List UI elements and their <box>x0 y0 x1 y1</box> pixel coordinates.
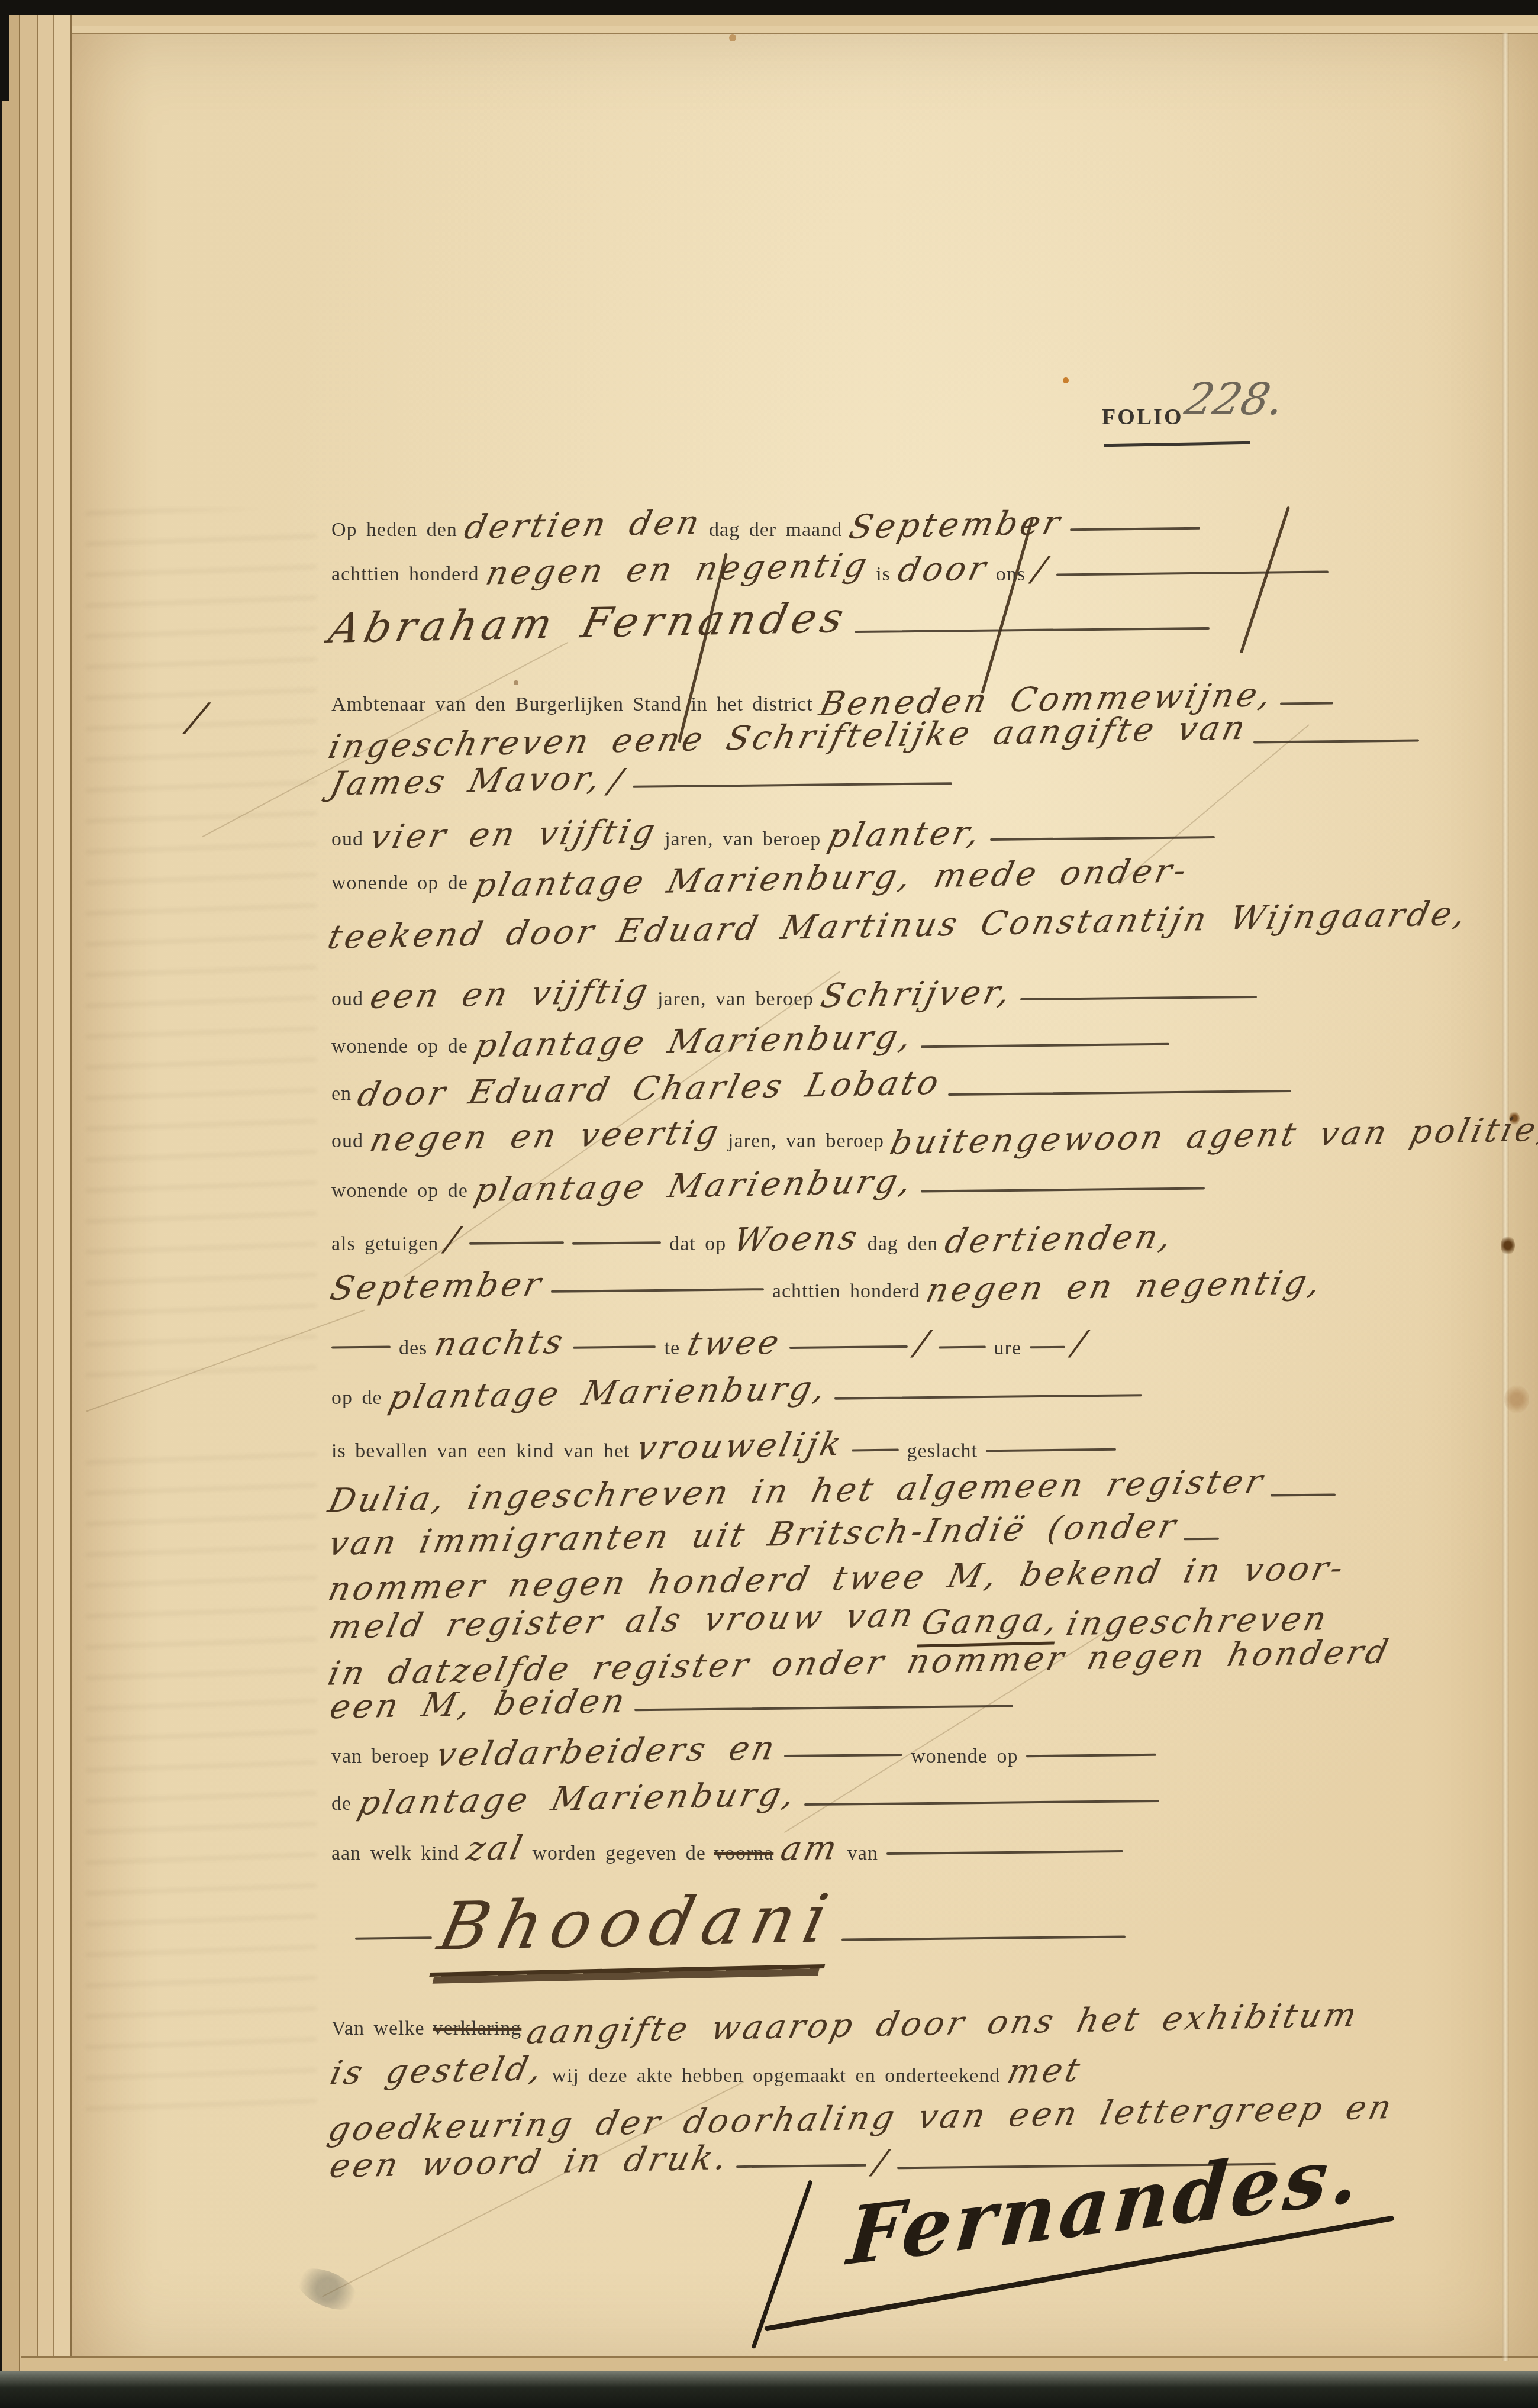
handwritten-entry: vrouwelijk <box>633 1425 848 1467</box>
form-line: Bhoodani <box>355 1884 1134 1973</box>
stain <box>1504 1384 1529 1414</box>
blank-rule <box>572 1241 661 1245</box>
blank-rule <box>1020 996 1257 1000</box>
handwritten-entry: plantage Marienburg, mede onder- <box>470 851 1192 905</box>
form-line: van beroepveldarbeiders enwonende op <box>331 1732 1165 1771</box>
blank-rule <box>841 1935 1126 1941</box>
struck-printed-text: verklaring <box>433 2018 522 2039</box>
handwritten-entry: vier en vijftig <box>366 812 661 857</box>
blank-rule <box>1030 1346 1065 1349</box>
handwritten-entry: / <box>870 2143 894 2181</box>
handwritten-entry: nachts <box>431 1323 569 1364</box>
printed-form-text: oud <box>331 828 363 850</box>
handwritten-entry: / <box>606 762 629 800</box>
form-line: oudvier en vijftigjaren, van beroepplant… <box>331 815 1223 854</box>
blank-rule <box>469 1241 564 1245</box>
printed-form-text: dag der maand <box>709 519 842 541</box>
printed-form-text: als getuigen <box>331 1233 438 1255</box>
form-line: deplantage Marienburg, <box>331 1780 1168 1818</box>
page-stack-edge <box>54 15 72 2376</box>
printed-form-text: jaren, van beroep <box>665 828 821 850</box>
form-line: als getuigen/dat opWoensdag dendertiende… <box>331 1220 1182 1258</box>
fold-crease <box>1502 33 1509 2361</box>
handwritten-entry: / <box>1069 1324 1092 1363</box>
printed-form-text: wonende op de <box>331 1180 468 1202</box>
form-line: van immigranten uit Britsch-Indië (onder <box>331 1516 1227 1554</box>
ink-bleedthrough <box>86 509 317 1396</box>
blank-rule <box>834 1394 1142 1399</box>
blank-rule <box>986 1448 1116 1452</box>
blank-rule <box>633 782 952 788</box>
handwritten-entry: door Eduard Charles Lobato <box>354 1064 945 1114</box>
printed-form-text: oud <box>331 1130 363 1152</box>
registrar-name-entry: Abraham Fernandes <box>324 593 853 653</box>
printed-form-text: worden gegeven de <box>533 1842 706 1864</box>
page-stack-edge <box>20 15 38 2376</box>
handwritten-entry: / <box>1030 550 1053 589</box>
form-line: goedkeuring der doorhaling van een lette… <box>331 2099 1399 2138</box>
form-line: Op heden dendertien dendag der maandSept… <box>331 506 1208 544</box>
printed-form-text: oud <box>331 988 363 1010</box>
printed-form-text: is bevallen van een kind van het <box>331 1440 630 1462</box>
handwritten-entry: negen en negentig <box>482 546 873 592</box>
blank-rule <box>1026 1754 1156 1757</box>
handwritten-entry: negen en negentig, <box>923 1263 1327 1310</box>
folio-label: FOLIO <box>1102 404 1183 430</box>
page-stack-edge <box>21 2356 1538 2373</box>
handwritten-entry: veldarbeiders en <box>433 1729 781 1774</box>
page-stack-edge <box>59 26 1538 34</box>
form-line: aan welk kindzalworden gegeven devoornaa… <box>331 1829 1131 1868</box>
printed-form-text: aan welk kind <box>331 1842 459 1864</box>
printed-form-text: achttien honderd <box>331 563 479 585</box>
blank-rule <box>1070 527 1200 531</box>
form-line: teekend door Eduard Martinus Constantijn… <box>331 906 1473 945</box>
handwritten-entry: am <box>778 1829 844 1868</box>
blank-rule <box>1280 702 1333 705</box>
handwritten-entry: / <box>911 1324 934 1363</box>
blank-rule <box>573 1345 656 1348</box>
ink-bleedthrough <box>86 1450 317 2130</box>
printed-form-text: en <box>331 1083 352 1105</box>
blank-rule <box>1253 740 1419 744</box>
handwritten-entry: een woord in druk. <box>326 2139 733 2186</box>
form-line: Abraham Fernandes <box>331 599 1218 647</box>
form-line: Septemberachttien honderdnegen en negent… <box>331 1267 1330 1306</box>
handwritten-entry: plantage Marienburg, <box>471 1018 918 1065</box>
handwritten-entry: September <box>327 1265 547 1308</box>
handwritten-entry: met <box>1004 2051 1086 2091</box>
form-line: een M, beiden <box>331 1685 1021 1723</box>
printed-form-text: wonende op <box>911 1745 1018 1767</box>
printed-form-text: Op heden den <box>331 519 457 541</box>
printed-form-text: te <box>664 1337 680 1359</box>
page-stack-edge <box>38 15 54 2376</box>
printed-form-text: ons <box>996 563 1026 585</box>
form-line: is gesteld,wij deze akte hebben opgemaak… <box>331 2052 1090 2090</box>
form-line: James Mavor,/ <box>331 762 960 800</box>
handwritten-entry: plantage Marienburg, <box>385 1369 831 1416</box>
blank-rule <box>804 1800 1159 1806</box>
document-page: FOLIO 228. / Op heden dendertien dendag … <box>0 0 1538 2408</box>
stain <box>1501 1235 1515 1255</box>
handwritten-entry: plantage Marienburg, <box>354 1775 801 1822</box>
handwritten-entry: een en vijftig <box>366 972 654 1016</box>
blank-rule <box>939 1346 986 1349</box>
printed-form-text: is <box>876 563 891 585</box>
handwritten-entry: door <box>894 549 992 589</box>
blank-rule <box>1184 1538 1219 1541</box>
form-line: oudnegen en veertigjaren, van beroepbuit… <box>331 1117 1538 1155</box>
printed-form-text: wonende op de <box>331 1035 468 1057</box>
handwritten-entry: James Mavor, <box>326 759 607 803</box>
handwritten-entry: September <box>846 503 1066 546</box>
stain <box>729 34 736 41</box>
blank-rule <box>789 1345 908 1349</box>
handwritten-entry: dertienden, <box>941 1218 1178 1261</box>
form-line: wonende op deplantage Marienburg, mede o… <box>331 859 1195 898</box>
handwritten-entry: / <box>443 1220 466 1258</box>
printed-form-text: achttien honderd <box>772 1280 920 1302</box>
printed-form-text: op de <box>331 1387 382 1409</box>
blank-rule <box>948 1090 1291 1096</box>
form-line: Dulia, ingeschreven in het algemeen regi… <box>331 1472 1344 1510</box>
folio-number: 228. <box>1181 374 1289 425</box>
blank-rule <box>921 1043 1169 1048</box>
form-line: achttien honderdnegen en negentigisdooro… <box>331 550 1337 589</box>
form-line: nommer negen honderd twee M, bekend in v… <box>331 1560 1351 1598</box>
printed-form-text: geslacht <box>907 1440 978 1462</box>
child-name-entry: Bhoodani <box>429 1880 844 1977</box>
printed-form-text: wij deze akte hebben opgemaakt en ondert… <box>552 2065 1000 2087</box>
form-line: Van welkeverklaringaangifte waarop door … <box>331 2004 1365 2043</box>
blank-rule <box>736 2164 866 2168</box>
handwritten-entry: negen en veertig <box>366 1113 725 1159</box>
printed-form-text: jaren, van beroep <box>657 988 814 1010</box>
handwritten-entry: dertien den <box>460 503 705 547</box>
printed-form-text: dag den <box>868 1233 939 1255</box>
form-line: ingeschreven eene Schriftelijke aangifte… <box>331 718 1427 757</box>
printed-form-text: van beroep <box>331 1745 430 1767</box>
handwritten-entry: Schrijver, <box>817 973 1017 1016</box>
handwritten-entry: planter, <box>824 814 986 855</box>
printed-form-text: ure <box>994 1337 1021 1359</box>
form-line: endoor Eduard Charles Lobato <box>331 1070 1300 1108</box>
blank-rule <box>989 836 1214 841</box>
printed-form-text: de <box>331 1793 352 1815</box>
blank-rule <box>852 1449 899 1452</box>
blank-rule <box>921 1187 1205 1192</box>
scan-background <box>0 0 9 101</box>
form-line: is bevallen van een kind van hetvrouweli… <box>331 1427 1124 1466</box>
handwritten-entry: een M, beiden <box>326 1682 631 1726</box>
printed-form-text: van <box>847 1842 878 1864</box>
printed-form-text: Van welke <box>331 2018 425 2039</box>
blank-rule <box>355 1936 432 1939</box>
blank-rule <box>331 1345 391 1348</box>
printed-form-text: jaren, van beroep <box>728 1130 884 1152</box>
form-line: desnachtstetwee/ure/ <box>331 1324 1096 1363</box>
blank-rule <box>784 1754 902 1757</box>
form-line: oudeen en vijftigjaren, van beroepSchrij… <box>331 975 1265 1013</box>
form-line: wonende op deplantage Marienburg, <box>331 1022 1178 1061</box>
handwritten-entry: zal <box>463 1829 528 1868</box>
form-line: op deplantage Marienburg, <box>331 1374 1150 1412</box>
struck-printed-text: voorna <box>714 1842 773 1864</box>
form-line: wonende op deplantage Marienburg, <box>331 1167 1213 1205</box>
handwritten-entry: meld register als vrouw van <box>325 1596 920 1647</box>
handwritten-entry: twee <box>683 1323 785 1363</box>
printed-form-text: dat op <box>669 1233 726 1255</box>
blank-rule <box>551 1288 764 1293</box>
handwritten-entry: buitengewoon agent van politie, <box>886 1110 1538 1162</box>
handwritten-entry: plantage Marienburg, <box>471 1162 918 1209</box>
blank-rule <box>886 1850 1123 1855</box>
blank-rule <box>634 1705 1013 1712</box>
scan-background <box>0 2371 1538 2408</box>
stain <box>1063 377 1069 383</box>
blank-rule <box>1056 571 1329 576</box>
printed-form-text: des <box>399 1337 427 1359</box>
form-line: in datzelfde register onder nommer negen… <box>331 1644 1396 1682</box>
printed-form-text: Ambtenaar van den Burgerlijken Stand in … <box>331 693 813 715</box>
page-stack-edge <box>2 15 20 2376</box>
printed-form-text: wonende op de <box>331 872 468 894</box>
blank-rule <box>855 627 1210 633</box>
handwritten-entry: is gesteld, <box>327 2049 549 2092</box>
handwritten-entry: Woens <box>730 1219 863 1260</box>
blank-rule <box>1271 1493 1336 1496</box>
scan-background <box>0 0 1538 15</box>
